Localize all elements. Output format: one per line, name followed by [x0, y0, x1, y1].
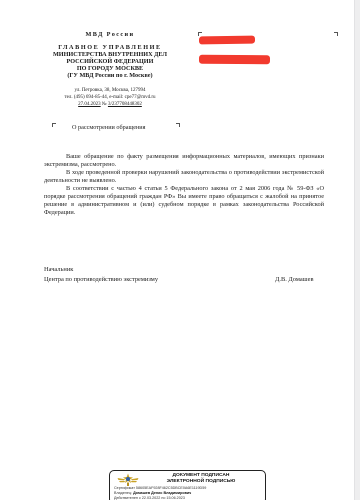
- signer-name: Д.В. Домашев: [275, 276, 313, 283]
- body-paragraph-2: В ходе проведенной проверки нарушений за…: [44, 169, 324, 185]
- address: ул. Петровка, 38, Москва, 127994: [34, 88, 186, 94]
- outgoing-number: 27.04.2023 № 3/237708448302: [34, 102, 186, 108]
- subject-bracket-right: [176, 123, 180, 127]
- department-line-4: ПО ГОРОДУ МОСКВЕ: [34, 65, 186, 72]
- recipient-bracket-right: [334, 32, 338, 36]
- subject-line: О рассмотрении обращения: [72, 124, 145, 131]
- owner-label: Владелец: [114, 491, 131, 495]
- redaction-mark-1: [199, 36, 255, 45]
- body-paragraph-1: Ваше обращение по факту размещения инфор…: [44, 153, 324, 169]
- signer-position-2: Центра по противодействию экстремизму: [44, 276, 158, 283]
- agency-name: МВД России: [40, 31, 180, 38]
- page-edge-scrollbar[interactable]: [354, 0, 360, 500]
- document-page: МВД России ГЛАВНОЕ УПРАВЛЕНИЕ МИНИСТЕРСТ…: [0, 0, 354, 500]
- department-line-2: МИНИСТЕРСТВА ВНУТРЕННИХ ДЕЛ: [34, 51, 186, 58]
- number-sign: №: [102, 102, 107, 107]
- e-signature-stamp: ДОКУМЕНТ ПОДПИСАН ЭЛЕКТРОННОЙ ПОДПИСЬЮ С…: [109, 470, 266, 500]
- certificate-id: 58605EAF928F462C5DBCE0A6E1119D59: [136, 486, 206, 490]
- department-line-3: РОССИЙСКОЙ ФЕДЕРАЦИИ: [34, 58, 186, 65]
- stamp-validity: Действителен с 22.03.2022 по 15.06.2023: [114, 496, 185, 500]
- redaction-mark-2: [199, 55, 270, 65]
- letter-body: Ваше обращение по факту размещения инфор…: [44, 153, 324, 217]
- signer-position-1: Начальник: [44, 266, 73, 273]
- letter-date: 27.04.2023: [78, 102, 101, 107]
- recipient-bracket-left: [198, 32, 202, 36]
- stamp-title: ДОКУМЕНТ ПОДПИСАН ЭЛЕКТРОННОЙ ПОДПИСЬЮ: [146, 473, 256, 484]
- stamp-title-line-2: ЭЛЕКТРОННОЙ ПОДПИСЬЮ: [146, 479, 256, 485]
- mvd-emblem-icon: [117, 473, 139, 487]
- body-paragraph-3: В соответствии с частью 4 статьи 5 Федер…: [44, 185, 324, 217]
- letter-number: 3/237708448302: [108, 102, 142, 107]
- subject-bracket-left: [52, 123, 56, 127]
- stamp-owner: Владелец: Домашев Денис Владимирович: [114, 491, 191, 495]
- certificate-label: Сертификат: [114, 486, 135, 490]
- owner-name: Домашев Денис Владимирович: [133, 491, 191, 495]
- stamp-certificate: Сертификат 58605EAF928F462C5DBCE0A6E1119…: [114, 486, 206, 490]
- department-line-5: (ГУ МВД России по г. Москве): [34, 72, 186, 79]
- contacts: тел. (495) 694-85-44, e-mail: cpe77@mvd.…: [34, 95, 186, 101]
- department-line-1: ГЛАВНОЕ УПРАВЛЕНИЕ: [34, 44, 186, 51]
